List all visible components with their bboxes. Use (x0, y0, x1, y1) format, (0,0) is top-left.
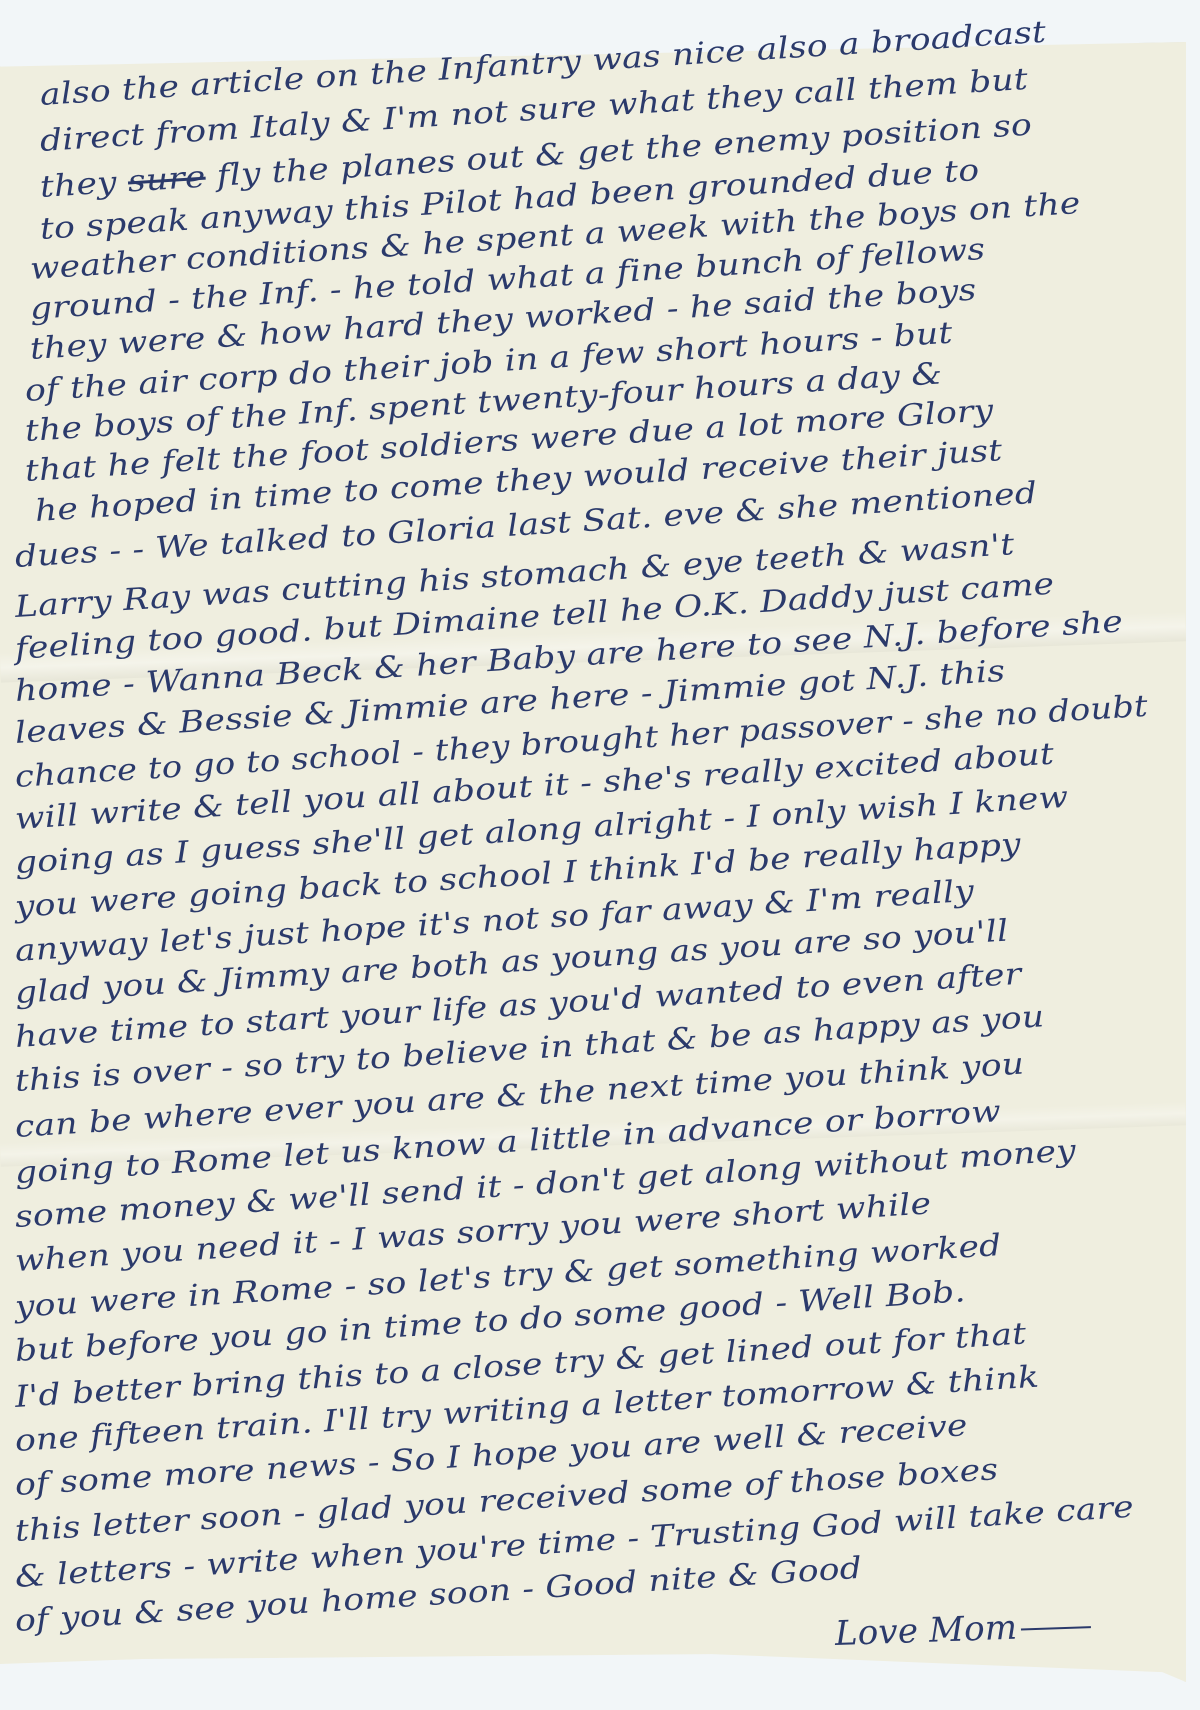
struck-word: sure (127, 160, 207, 200)
signature-text: Love Mom (834, 1608, 1018, 1654)
letter-word: they (39, 165, 118, 205)
signature-flourish (1021, 1626, 1091, 1630)
